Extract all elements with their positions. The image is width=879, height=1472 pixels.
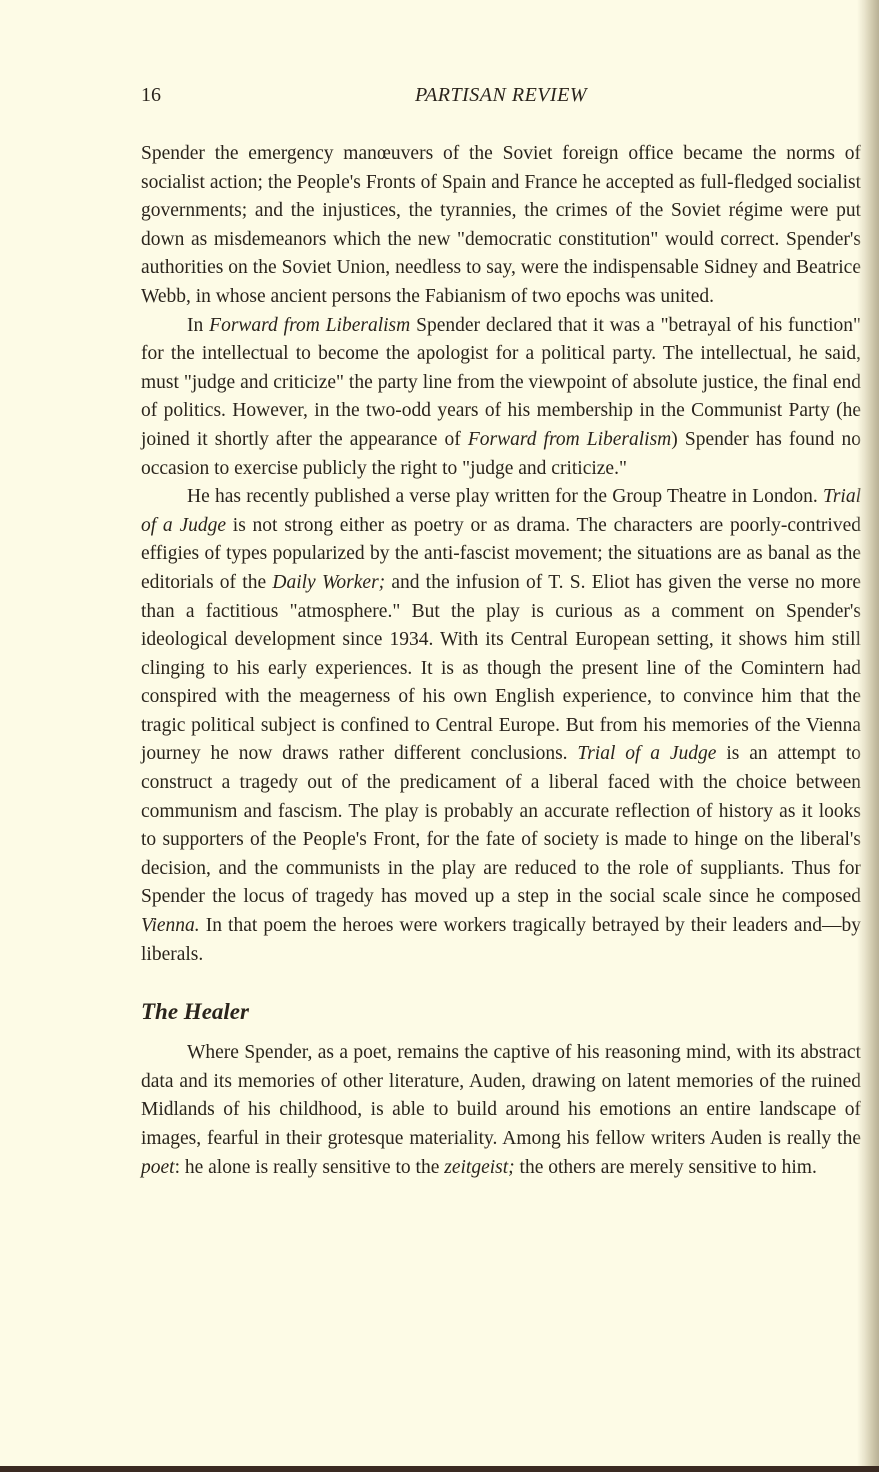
paragraph: In Forward from Liberalism Spender decla… (141, 312, 861, 484)
italic-text: zeitgeist; (444, 1157, 514, 1178)
text-segment: In (187, 315, 209, 336)
paragraph: Spender the emergency manœuvers of the S… (141, 140, 861, 312)
paragraph: He has recently published a verse play w… (141, 483, 861, 969)
text-segment: and the infusion of T. S. Eliot has give… (141, 572, 861, 765)
page-binding-shadow (857, 0, 879, 1472)
paragraph: Where Spender, as a poet, remains the ca… (141, 1039, 861, 1182)
text-segment: is an attempt to construct a tragedy out… (141, 743, 861, 907)
running-title: PARTISAN REVIEW (141, 84, 861, 107)
italic-text: Forward from Liberalism (209, 315, 410, 336)
italic-text: poet (141, 1157, 175, 1178)
italic-text: Trial of a Judge (577, 743, 716, 764)
italic-text: The Healer (141, 999, 249, 1024)
text-segment: Where Spender, as a poet, remains the ca… (141, 1042, 861, 1149)
document-page: 16 PARTISAN REVIEW Spender the emergency… (0, 0, 879, 1472)
text-segment: In that poem the heroes were workers tra… (141, 915, 861, 965)
body-text: Spender the emergency manœuvers of the S… (141, 140, 861, 1182)
italic-text: Vienna. (141, 915, 200, 936)
italic-text: Daily Worker; (272, 572, 385, 593)
italic-text: Forward from Liberalism (468, 429, 671, 450)
page-header: 16 PARTISAN REVIEW (141, 84, 861, 114)
section-heading: The Healer (141, 997, 861, 1027)
page-bottom-edge (0, 1466, 879, 1472)
text-segment: the others are merely sensitive to him. (515, 1157, 817, 1178)
text-segment: Spender the emergency manœuvers of the S… (141, 143, 861, 307)
text-segment: He has recently published a verse play w… (187, 486, 823, 507)
text-segment: : he alone is really sensitive to the (175, 1157, 445, 1178)
